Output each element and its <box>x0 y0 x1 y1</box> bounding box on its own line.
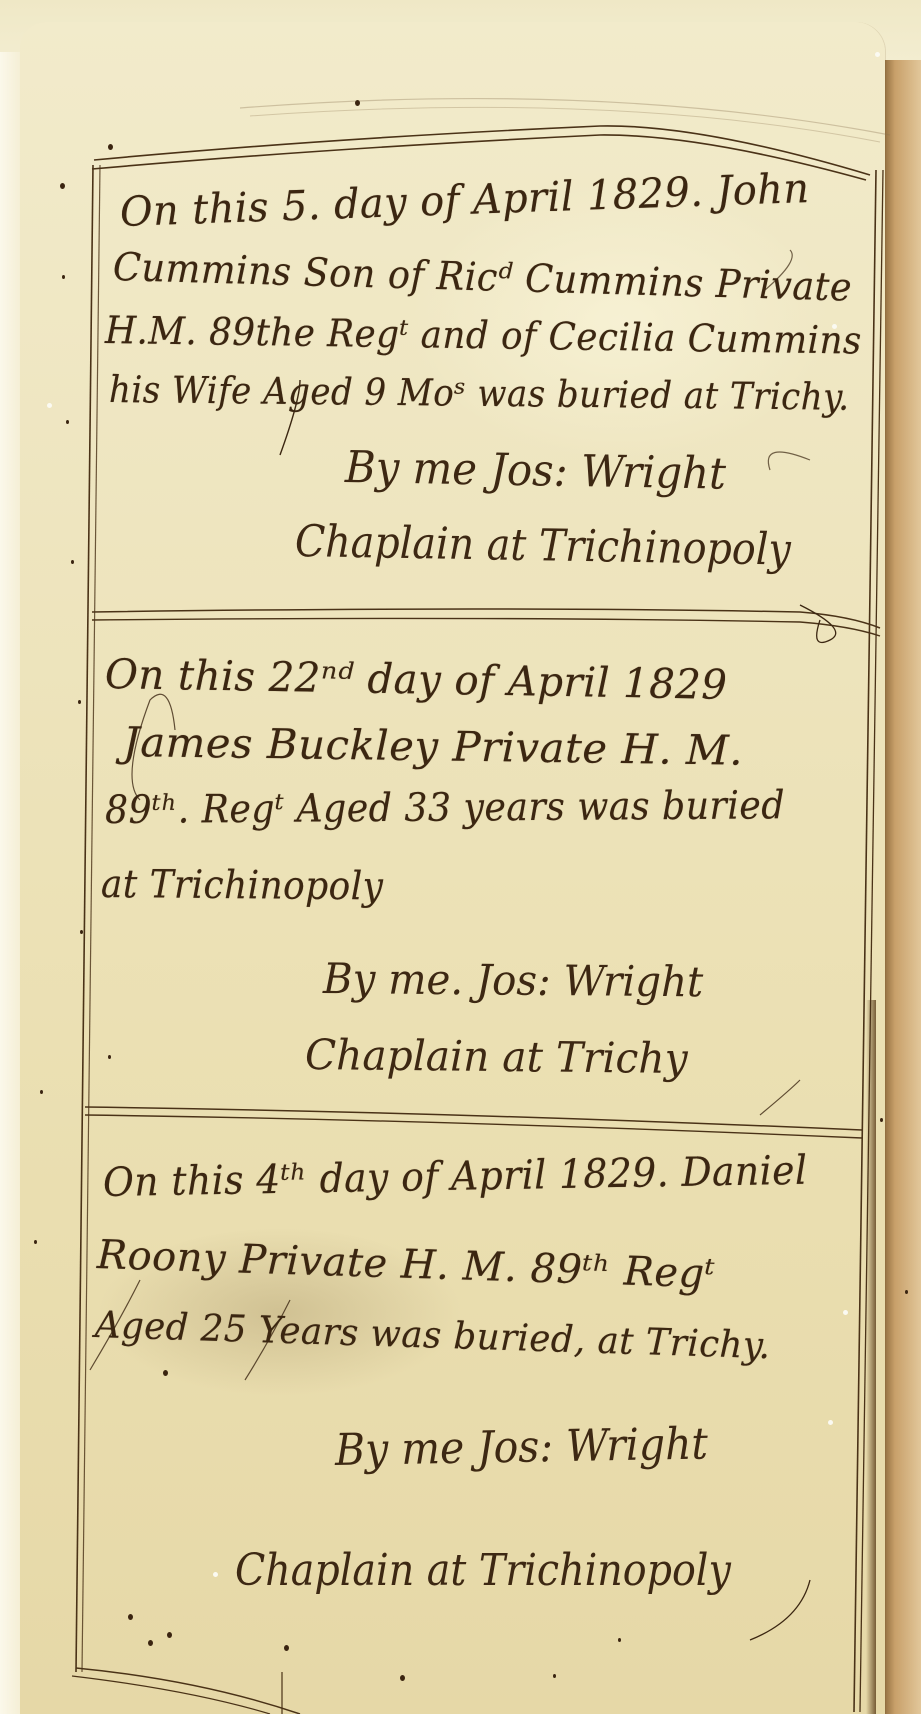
entry-3-signature-by: By me Jos: Wright <box>335 1418 709 1476</box>
ink-spot <box>78 700 81 704</box>
ink-spot <box>355 100 360 106</box>
ink-spot <box>108 1055 111 1059</box>
ink-spot <box>60 183 65 189</box>
pinhole <box>828 1420 833 1425</box>
entry-2-line-4: at Trichinopoly <box>101 862 384 909</box>
entry-1-line-4: his Wife Aged 9 Moˢ was buried at Trichy… <box>109 368 850 419</box>
ink-spot <box>71 560 74 564</box>
entry-2-line-3: 89ᵗʰ. Regᵗ Aged 33 years was buried <box>105 783 785 833</box>
left-margin-edge <box>0 52 22 1714</box>
ink-spot <box>167 1632 172 1638</box>
ink-spot <box>108 144 113 150</box>
page-edge-shadow <box>866 1000 876 1714</box>
entry-1-signature-title: Chaplain at Trichinopoly <box>295 516 792 576</box>
ink-spot <box>400 1675 405 1681</box>
ink-spot <box>66 420 69 424</box>
pinhole <box>843 1310 848 1315</box>
ink-spot <box>553 1674 556 1678</box>
ink-spot <box>905 1290 908 1294</box>
pinhole <box>832 324 837 329</box>
ink-spot <box>618 1638 621 1642</box>
ink-spot <box>880 1118 883 1122</box>
ink-spot <box>284 1645 289 1651</box>
entry-2-line-2: James Buckley Private H. M. <box>123 718 744 775</box>
pinhole <box>47 403 52 408</box>
ink-spot <box>163 1370 168 1376</box>
entry-2-signature-by: By me. Jos: Wright <box>323 954 704 1006</box>
ink-spot <box>128 1614 133 1620</box>
entry-3-signature-title: Chaplain at Trichinopoly <box>235 1545 731 1596</box>
entry-1-signature-by: By me Jos: Wright <box>345 442 727 500</box>
pinhole <box>213 1572 218 1577</box>
pinhole <box>875 52 880 57</box>
ink-spot <box>148 1640 153 1646</box>
ink-spot <box>40 1090 43 1094</box>
ink-spot <box>62 275 65 279</box>
entry-2-signature-title: Chaplain at Trichy <box>305 1030 688 1083</box>
ink-spot <box>34 1240 37 1244</box>
ink-spot <box>80 930 83 934</box>
